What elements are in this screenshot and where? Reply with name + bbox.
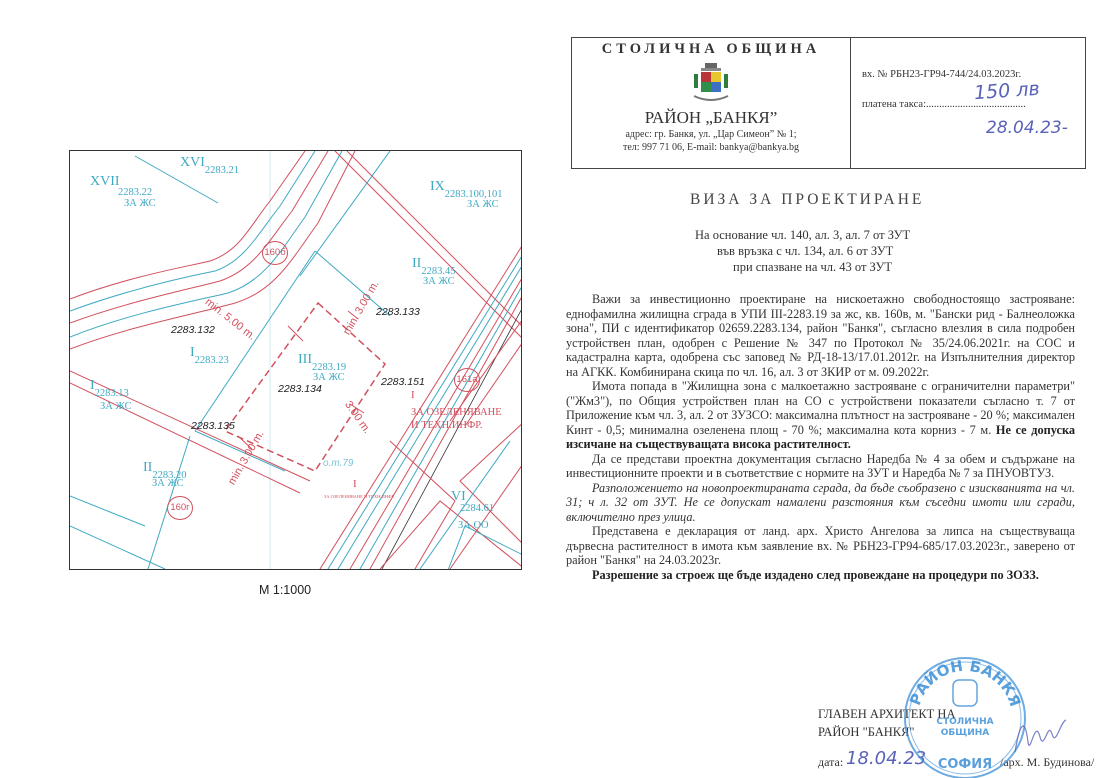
address: адрес: гр. Банкя, ул. „Цар Симеон” № 1; [572,128,850,141]
legal-basis-line: На основание чл. 140, ал. 3, ал. 7 от ЗУ… [695,228,910,243]
svg-text:РАЙОН БАНКЯ: РАЙОН БАНКЯ [906,657,1024,709]
document-body: Важи за инвестиционно проектиране на нис… [566,292,1075,582]
legal-basis-line: при спазване на чл. 43 от ЗУТ [733,260,892,275]
small-green-zone-label: ЗА ОЗЕЛЕНЯВАНЕ И ТЕХН.ИНФР. [324,495,395,500]
svg-text:СОФИЯ: СОФИЯ [938,757,992,772]
green-zone-label-2: И ТЕХН.ИНФР. [411,421,482,432]
plot-label-ix: IX2283.100,101 [430,178,503,194]
green-zone-label-1: ЗА ОЗЕЛЕНЯВАНЕ [411,408,502,419]
fee-date-handwritten: 28.04.23- [986,118,1068,138]
plot-use-iii: ЗА ЖС [313,373,345,384]
small-green-zone-roman: I [353,479,357,490]
registration-number: вх. № РБН23-ГР94-744/24.03.2023г. [862,69,1021,80]
coat-of-arms-icon [691,62,731,106]
district-name: РАЙОН „БАНКЯ” [572,108,850,128]
svg-text:СТОЛИЧНА: СТОЛИЧНА [936,717,993,727]
registration-block: вх. № РБН23-ГР94-744/24.03.2023г. платен… [854,38,1085,168]
map-linework [70,151,521,569]
paragraph-placement: Разположението на новопроектираната сгра… [566,481,1075,525]
plot-label-xvi: XVI2283.21 [180,154,239,170]
site-plan-map: XVII 2283.22ЗА ЖС XVI2283.21 IX2283.100,… [69,150,522,570]
legal-basis-line: във връзка с чл. 134, ал. 6 от ЗУТ [717,244,893,259]
paragraph-declaration: Представена е декларация от ланд. арх. Х… [566,524,1075,568]
contacts: тел: 997 71 06, E-mail: bankya@bankya.bg [572,141,850,154]
paragraph-permit: Разрешение за строеж ще бъде издадено сл… [566,568,1075,583]
cadastral-id: 2283.133 [376,307,420,318]
plot-use-ix: ЗА ЖС [467,200,499,211]
municipality-block: СТОЛИЧНА ОБЩИНА РАЙОН „БАНКЯ” адрес: гр.… [572,38,851,168]
paragraph-documentation: Да се представи проектна документация съ… [566,452,1075,481]
plot-use-i-2283-13: ЗА ЖС [100,402,132,413]
plot-label-vi: VI [451,488,466,504]
plot-number-vi: 2284.61 [460,504,494,515]
plot-label-iii-subject: III2283.19 [298,351,346,367]
date-label: дата: [818,755,843,770]
block-id-circle: 160г [167,496,193,520]
cadastral-id-subject: 2283.134 [278,384,322,395]
cadastral-id: 2283.132 [171,325,215,336]
document-title: ВИЗА ЗА ПРОЕКТИРАНЕ [690,191,924,209]
plot-label-xvii: XVII [90,173,120,189]
plot-use-vi: ЗА ОО [458,521,489,532]
block-id-circle: 160б [262,241,288,265]
paragraph-zoning: Имота попада в "Жилищна зона с малкоетаж… [566,379,1075,452]
paragraph-scope: Важи за инвестиционно проектиране на нис… [566,292,1075,379]
letterhead-box: СТОЛИЧНА ОБЩИНА РАЙОН „БАНКЯ” адрес: гр.… [571,37,1086,169]
plot-label-i-2283-13: I2283.13 [90,377,129,393]
fee-handwritten: 150 лв [973,78,1040,105]
plot-label-ii-lower: II2283.20 [143,459,186,475]
plot-use-ii-upper: ЗА ЖС [423,277,455,288]
plot-use-ii-lower: ЗА ЖС [152,479,184,490]
organization-name: СТОЛИЧНА ОБЩИНА [572,41,850,58]
svg-text:ОБЩИНА: ОБЩИНА [941,728,990,738]
cadastral-id: 2283.151 [381,377,425,388]
cadastral-id: 2283.135 [191,421,235,432]
map-scale-label: M 1:1000 [259,583,311,597]
street-id: о.т.79 [323,459,353,469]
block-id-circle: 161а [454,368,480,392]
green-zone-roman: I [411,390,415,401]
plot-label-i-2283-23: I2283.23 [190,344,229,360]
plot-number-xvii: 2283.22ЗА ЖС [118,187,156,209]
handwritten-signature [1010,712,1070,767]
plot-label-ii-upper: II2283.45 [412,255,455,271]
